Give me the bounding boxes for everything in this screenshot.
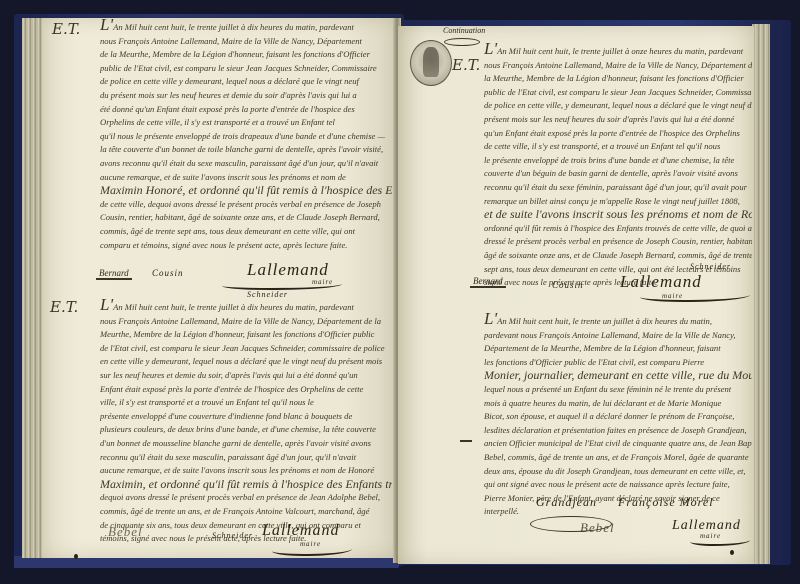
- entry-line-child-name: Maximin Honoré, et ordonné qu'il fût rem…: [100, 184, 392, 198]
- entry-line: L'An Mil huit cent huit, le trente un ju…: [484, 312, 752, 329]
- signature-flourish: [272, 544, 352, 556]
- entry-line: le présente enveloppé de trois brins d'u…: [484, 154, 752, 168]
- entry-line: âgé de soixante onze ans, et de Claude J…: [484, 249, 752, 263]
- entry-line: reconnu qu'il était du sexe féminin, par…: [484, 181, 752, 195]
- ink-blot: [730, 550, 734, 555]
- entry-line: L'An Mil huit cent huit, le trente juill…: [100, 18, 392, 35]
- entry-line: été donné qu'un Enfant était exposé près…: [100, 103, 392, 117]
- ink-blot: [74, 554, 78, 559]
- entry-line: Meurthe, Membre de la Légion d'honneur, …: [100, 328, 392, 342]
- entry-line: deux ans, épouse du dit Joseph Grandjean…: [484, 465, 752, 479]
- register-entry-2: L'An Mil huit cent huit, le trente juill…: [100, 298, 392, 546]
- entry-line: ville, il s'y est transporté et a trouvé…: [100, 396, 392, 410]
- entry-line: ancien Officier municipal de l'Etat civi…: [484, 437, 752, 451]
- entry-line: qu'il nous le présente enveloppé de troi…: [100, 130, 392, 144]
- entry-line: nous François Antoine Lallemand, Maire d…: [100, 35, 392, 49]
- witness-signature: Cousin: [152, 268, 184, 278]
- register-entry-4: L'An Mil huit cent huit, le trente un ju…: [484, 312, 752, 519]
- mayor-signature: Lallemand: [247, 260, 329, 280]
- entry-line: Bebel, commis, âgé de trente un ans, et …: [484, 451, 752, 465]
- commissioner-signature: Schneider: [212, 531, 253, 540]
- entry-line-child-name: Maximin, et ordonné qu'il fût remis à l'…: [100, 478, 392, 492]
- signature-flourish: [222, 280, 342, 290]
- entry-line: lesdites déclaration et présentation fai…: [484, 424, 752, 438]
- seal-figure: [423, 47, 439, 77]
- entry-line: la tête couverte d'un bonnet de toile bl…: [100, 143, 392, 157]
- register-entry-3: L'An Mil huit cent huit, le trente juill…: [484, 42, 752, 290]
- witness-signature: Bebel: [108, 524, 143, 540]
- page-edges-right: [752, 24, 770, 564]
- margin-note-et: E.T.: [50, 298, 78, 316]
- entry-line: mois à quatre heures du matin, de lui dé…: [484, 397, 752, 411]
- entry-line: dressé le présent procès verbal en prése…: [484, 235, 752, 249]
- entry-line: Département de la Meurthe, Membre de la …: [484, 342, 752, 356]
- entry-line: pardevant nous François Antoine Lalleman…: [484, 329, 752, 343]
- entry-line: qu'un Enfant était exposé près la porte …: [484, 127, 752, 141]
- entry-line: Bicot, son épouse, et auquel il a déclar…: [484, 410, 752, 424]
- entry-line: la Meurthe, Membre de la Légion d'honneu…: [484, 72, 752, 86]
- left-page: E.T. L'An Mil huit cent huit, le trente …: [42, 18, 398, 558]
- entry-line: remarque un billet ainsi conçu je m'appe…: [484, 195, 752, 209]
- entry-line: Cousin, rentier, habitant, âgé de soixan…: [100, 211, 392, 225]
- entry-line: nous François Antoine Lallemand, Maire d…: [484, 59, 752, 73]
- entry-line: Enfant était exposé près la porte d'entr…: [100, 383, 392, 397]
- entry-line: présente enveloppé d'une couverture d'in…: [100, 410, 392, 424]
- entry-line: de police en cette ville, y demeurant, l…: [484, 99, 752, 113]
- entry-line: du présent mois sur les neuf heures et d…: [100, 89, 392, 103]
- entry-line-father-name: Monier, journalier, demeurant en cette v…: [484, 369, 752, 383]
- entry-line-child-name: et de suite l'avons inscrit sous les pré…: [484, 208, 752, 222]
- mayor-signature: Lallemand: [620, 272, 702, 292]
- entry-line: d'un bonnet de mousseline blanche garni …: [100, 437, 392, 451]
- entry-line: présent mois sur les neuf heures du soir…: [484, 113, 752, 127]
- register-entry-1: L'An Mil huit cent huit, le trente juill…: [100, 18, 392, 252]
- entry-line: qui ont signé avec nous le présent acte …: [484, 478, 752, 492]
- witness-signature-stamp: Bernard: [96, 268, 132, 280]
- entry-line: reconnu qu'il était du sexe masculin, pa…: [100, 451, 392, 465]
- entry-line: lequel nous a présenté un Enfant du sexe…: [484, 383, 752, 397]
- entry-line: L'An Mil huit cent huit, le trente juill…: [100, 298, 392, 315]
- entry-line: de la Meurthe, Membre de la Légion d'hon…: [100, 48, 392, 62]
- entry-line: commis, âgé de trente sept ans, tous deu…: [100, 225, 392, 239]
- page-edges-left: [22, 18, 44, 558]
- witness-signature: Grandjean: [536, 495, 597, 510]
- margin-dash: [460, 440, 472, 442]
- entry-line: public de l'Etat civil, est comparu le s…: [100, 62, 392, 76]
- page-header-note: Continuation: [443, 26, 485, 35]
- entry-line: dequoi avons dressé le présent procès ve…: [100, 491, 392, 505]
- witness-signature: Françoise Morel: [618, 495, 714, 510]
- entry-line: aucune remarque, et de suite l'avons ins…: [100, 464, 392, 478]
- entry-line: L'An Mil huit cent huit, le trente juill…: [484, 42, 752, 59]
- header-flourish: [444, 38, 480, 46]
- entry-line: couverte d'un béguin de basin garni de d…: [484, 167, 752, 181]
- witness-signature-stamp: Bernard: [470, 276, 506, 288]
- entry-line: les fonctions d'Officier public de l'Eta…: [484, 356, 752, 370]
- mayor-signature: Lallemand: [262, 522, 339, 540]
- entry-line: commis, âgé de trente un ans, et de Fran…: [100, 505, 392, 519]
- entry-line: avons reconnu qu'il était du sexe mascul…: [100, 157, 392, 171]
- margin-note-et: E.T.: [452, 56, 480, 74]
- entry-line: de cette ville, dequoi avons dressé le p…: [100, 198, 392, 212]
- embossed-seal-icon: [410, 40, 452, 86]
- witness-signature: Cousin: [552, 280, 584, 290]
- entry-line: signé avec nous le présent acte après le…: [484, 276, 752, 290]
- entry-line: sur les neuf heures et demie du soir, d'…: [100, 369, 392, 383]
- entry-line: de cette ville, il s'y est transporté, e…: [484, 140, 752, 154]
- entry-line: aucune remarque, et de suite l'avons ins…: [100, 171, 392, 185]
- entry-line: ordonné qu'il fût remis à l'hospice des …: [484, 222, 752, 236]
- entry-line: en cette ville y demeurant, lequel nous …: [100, 355, 392, 369]
- commissioner-signature: Schneider: [690, 262, 731, 271]
- entry-line: plusieurs couleurs, de deux brins d'une …: [100, 423, 392, 437]
- entry-line: Orphelins de cette ville, il s'y est tra…: [100, 116, 392, 130]
- signature-flourish: [530, 516, 612, 532]
- entry-line: comparu et témoins, signé avec nous le p…: [100, 239, 392, 253]
- entry-line: de police en cette ville y demeurant, le…: [100, 75, 392, 89]
- entry-line: nous François Antoine Lallemand, Maire d…: [100, 315, 392, 329]
- margin-note-et: E.T.: [52, 20, 80, 38]
- entry-line: de l'Etat civil, est comparu le sieur Je…: [100, 342, 392, 356]
- entry-line: public de l'Etat civil, est comparu le s…: [484, 86, 752, 100]
